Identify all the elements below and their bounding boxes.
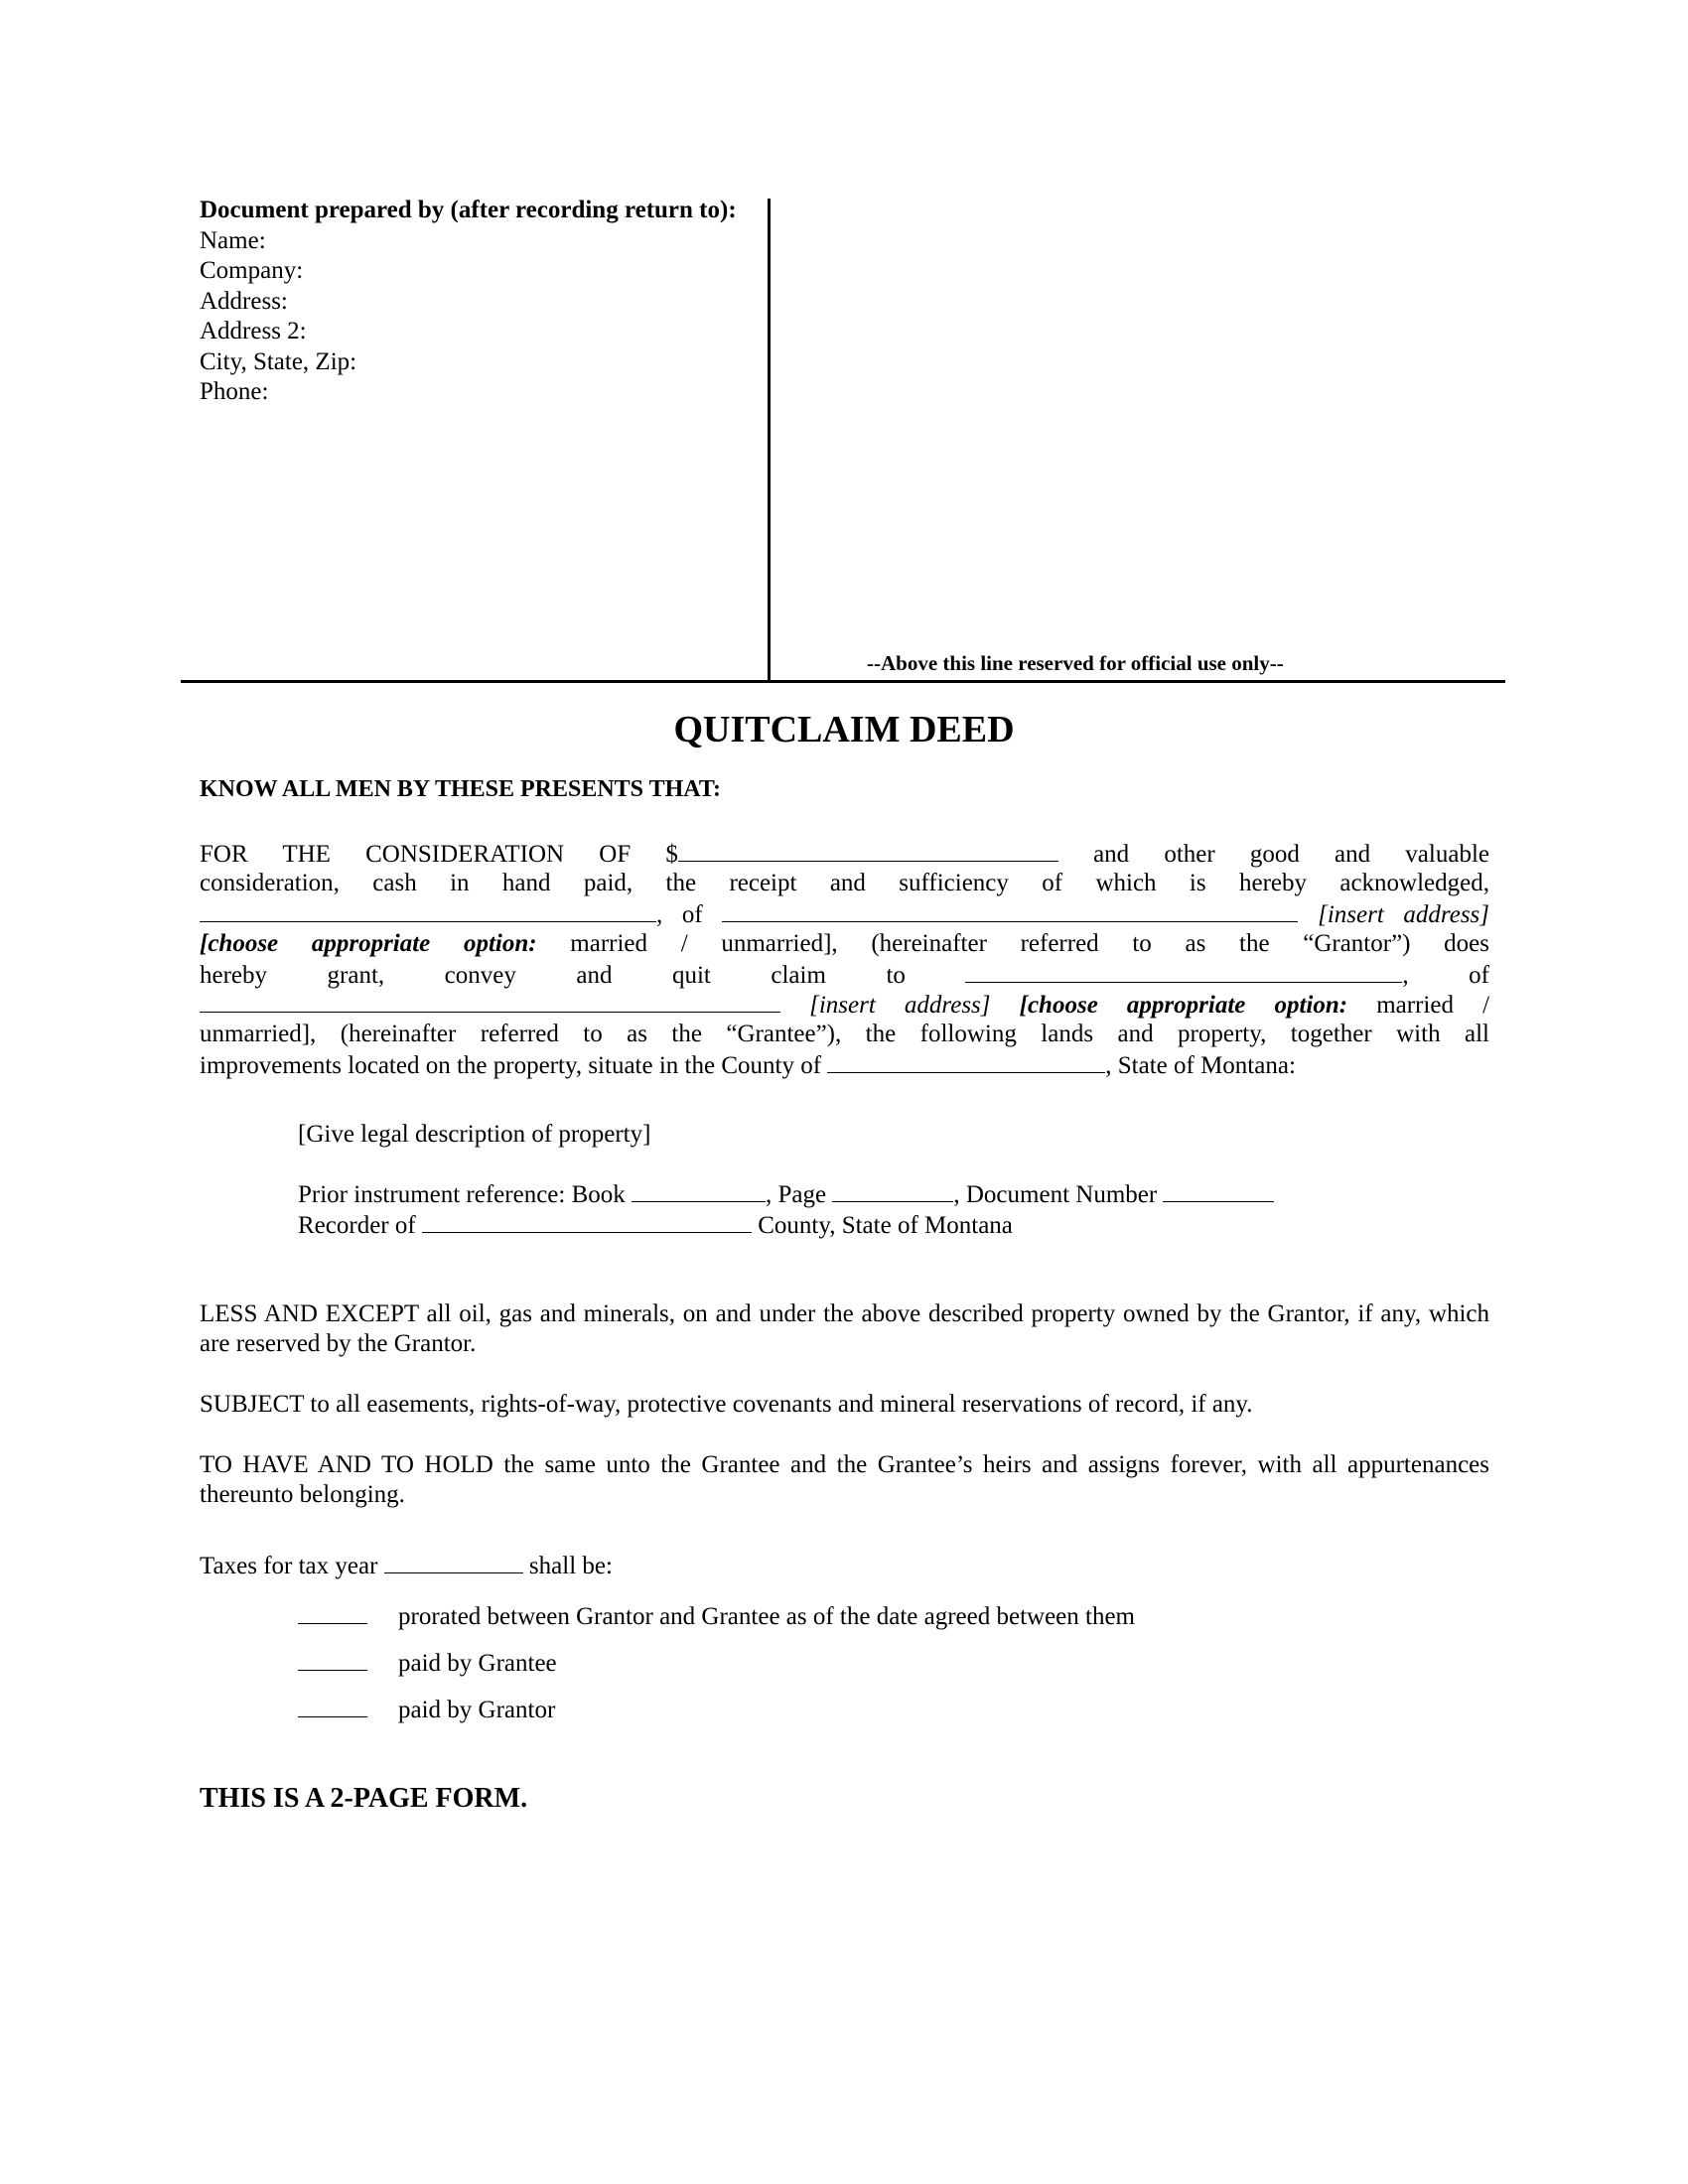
field-name-label: Name: <box>200 226 756 257</box>
consideration-line-2: consideration, cash in hand paid, the re… <box>200 869 1489 898</box>
grant-text: hereby grant, convey and quit claim to <box>200 962 906 989</box>
recorder-label: Recorder of <box>298 1212 416 1239</box>
choose-option-hint: [choose appropriate option: <box>1020 992 1347 1019</box>
grantee-name-blank[interactable] <box>965 960 1402 983</box>
county-state-label: County, State of Montana <box>758 1212 1013 1239</box>
tax-option-label: prorated between Grantor and Grantee as … <box>398 1603 1135 1630</box>
habendum-clause: TO HAVE AND TO HOLD the same unto the Gr… <box>200 1450 1489 1511</box>
grantor-address-blank[interactable] <box>722 899 1298 922</box>
grantee-address-blank[interactable] <box>200 990 780 1013</box>
field-company-label: Company: <box>200 256 756 287</box>
consideration-text: and other good and valuable <box>1093 841 1489 868</box>
intro-heading: KNOW ALL MEN BY THESE PRESENTS THAT: <box>200 776 721 803</box>
tax-option-prorated: prorated between Grantor and Grantee as … <box>298 1601 1135 1631</box>
tax-option-label: paid by Grantee <box>398 1650 557 1677</box>
document-number-label: , Document Number <box>953 1181 1157 1208</box>
subject-to-clause: SUBJECT to all easements, rights-of-way,… <box>200 1390 1489 1420</box>
consideration-line-8: improvements located on the property, si… <box>200 1050 1489 1080</box>
consideration-paragraph: FOR THE CONSIDERATION OF $ and other goo… <box>200 839 1489 1080</box>
page-count-note: THIS IS A 2-PAGE FORM. <box>200 1783 527 1815</box>
taxes-label: Taxes for tax year <box>200 1553 377 1579</box>
county-blank[interactable] <box>827 1050 1105 1073</box>
tax-year-blank[interactable] <box>384 1551 523 1573</box>
document-title: QUITCLAIM DEED <box>0 707 1688 752</box>
consideration-label: FOR THE CONSIDERATION OF $ <box>200 841 678 868</box>
book-blank[interactable] <box>632 1179 766 1202</box>
recorder-line: Recorder of County, State of Montana <box>298 1210 1274 1241</box>
recording-box-divider <box>768 199 771 682</box>
field-address-label: Address: <box>200 287 756 318</box>
of-text: , of <box>1402 962 1489 989</box>
taxes-line: Taxes for tax year shall be: <box>200 1551 1489 1581</box>
recording-area-rule <box>181 680 1505 683</box>
field-phone-label: Phone: <box>200 377 756 408</box>
document-number-blank[interactable] <box>1163 1179 1274 1202</box>
insert-address-hint: [insert address] <box>1318 901 1489 928</box>
grantor-marital-text: married / unmarried], (hereinafter refer… <box>570 930 1489 957</box>
consideration-line-4: [choose appropriate option: married / un… <box>200 929 1489 959</box>
tax-option-grantee: paid by Grantee <box>298 1648 557 1678</box>
consideration-line-7: unmarried], (hereinafter referred to as … <box>200 1020 1489 1049</box>
prior-instrument-block: Prior instrument reference: Book , Page … <box>298 1179 1274 1242</box>
less-and-except-clause: LESS AND EXCEPT all oil, gas and mineral… <box>200 1299 1489 1360</box>
consideration-amount-blank[interactable] <box>678 839 1058 862</box>
consideration-line-6: [insert address] [choose appropriate opt… <box>200 990 1489 1020</box>
page-label: , Page <box>766 1181 826 1208</box>
of-text: , of <box>656 901 703 928</box>
field-address2-label: Address 2: <box>200 317 756 347</box>
official-use-note: --Above this line reserved for official … <box>867 651 1284 676</box>
county-text: improvements located on the property, si… <box>200 1052 821 1079</box>
consideration-line-3: , of [insert address] <box>200 899 1489 929</box>
grantor-name-blank[interactable] <box>200 899 656 922</box>
grantee-marital-text: married / <box>1376 992 1489 1019</box>
consideration-line-1: FOR THE CONSIDERATION OF $ and other goo… <box>200 839 1489 869</box>
tax-option-checkbox-blank[interactable] <box>298 1648 367 1671</box>
recorder-county-blank[interactable] <box>422 1210 752 1233</box>
field-city-state-zip-label: City, State, Zip: <box>200 347 756 378</box>
tax-option-grantor: paid by Grantor <box>298 1695 555 1724</box>
tax-option-checkbox-blank[interactable] <box>298 1695 367 1717</box>
prepared-by-heading: Document prepared by (after recording re… <box>200 196 756 226</box>
insert-address-hint: [insert address] <box>809 992 990 1019</box>
consideration-line-5: hereby grant, convey and quit claim to ,… <box>200 960 1489 990</box>
book-label: Prior instrument reference: Book <box>298 1181 626 1208</box>
page-blank[interactable] <box>832 1179 953 1202</box>
tax-option-label: paid by Grantor <box>398 1697 555 1723</box>
shall-be-label: shall be: <box>529 1553 613 1579</box>
prepared-by-block: Document prepared by (after recording re… <box>200 196 756 408</box>
prior-instrument-line: Prior instrument reference: Book , Page … <box>298 1179 1274 1210</box>
tax-option-checkbox-blank[interactable] <box>298 1601 367 1624</box>
choose-option-hint: [choose appropriate option: <box>200 930 537 957</box>
state-text: , State of Montana: <box>1105 1052 1296 1079</box>
legal-description: [Give legal description of property] <box>298 1120 650 1150</box>
